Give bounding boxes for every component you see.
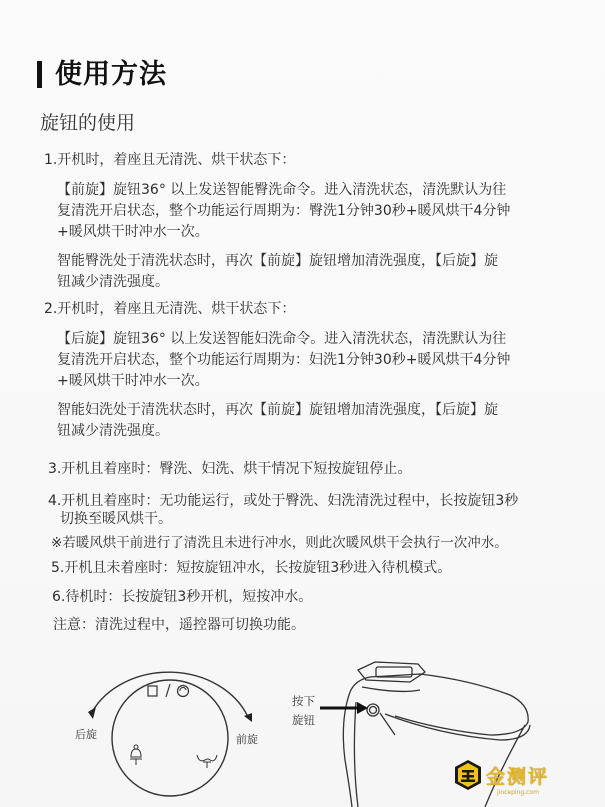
knob-diagram: [88, 672, 252, 796]
rear-wash-icon: [197, 755, 217, 768]
toilet-callout-line-2: 旋钮: [292, 712, 315, 728]
stop-square-icon: [148, 686, 157, 696]
manual-page: 使用方法 旋钮的使用 1.开机时，着座且无清洗、烘干状态下： 【前旋】旋钮36°…: [0, 0, 605, 807]
shield-badge-icon: [455, 760, 481, 790]
watermark-url: jinceping.com: [497, 789, 539, 796]
watermark-logo: 金测评: [455, 760, 549, 790]
female-wash-icon: [130, 745, 142, 765]
knob-label-front-rotate: 前旋: [236, 731, 258, 747]
icon-separator: [166, 684, 170, 697]
knob-label-rear-rotate: 后旋: [75, 726, 97, 742]
flush-swirl-icon: [178, 686, 189, 697]
toilet-callout-line-1: 按下: [292, 693, 315, 709]
watermark-brand: 金测评: [486, 762, 549, 789]
diagram-drawings: [0, 0, 605, 807]
callout-arrow: [320, 702, 368, 714]
